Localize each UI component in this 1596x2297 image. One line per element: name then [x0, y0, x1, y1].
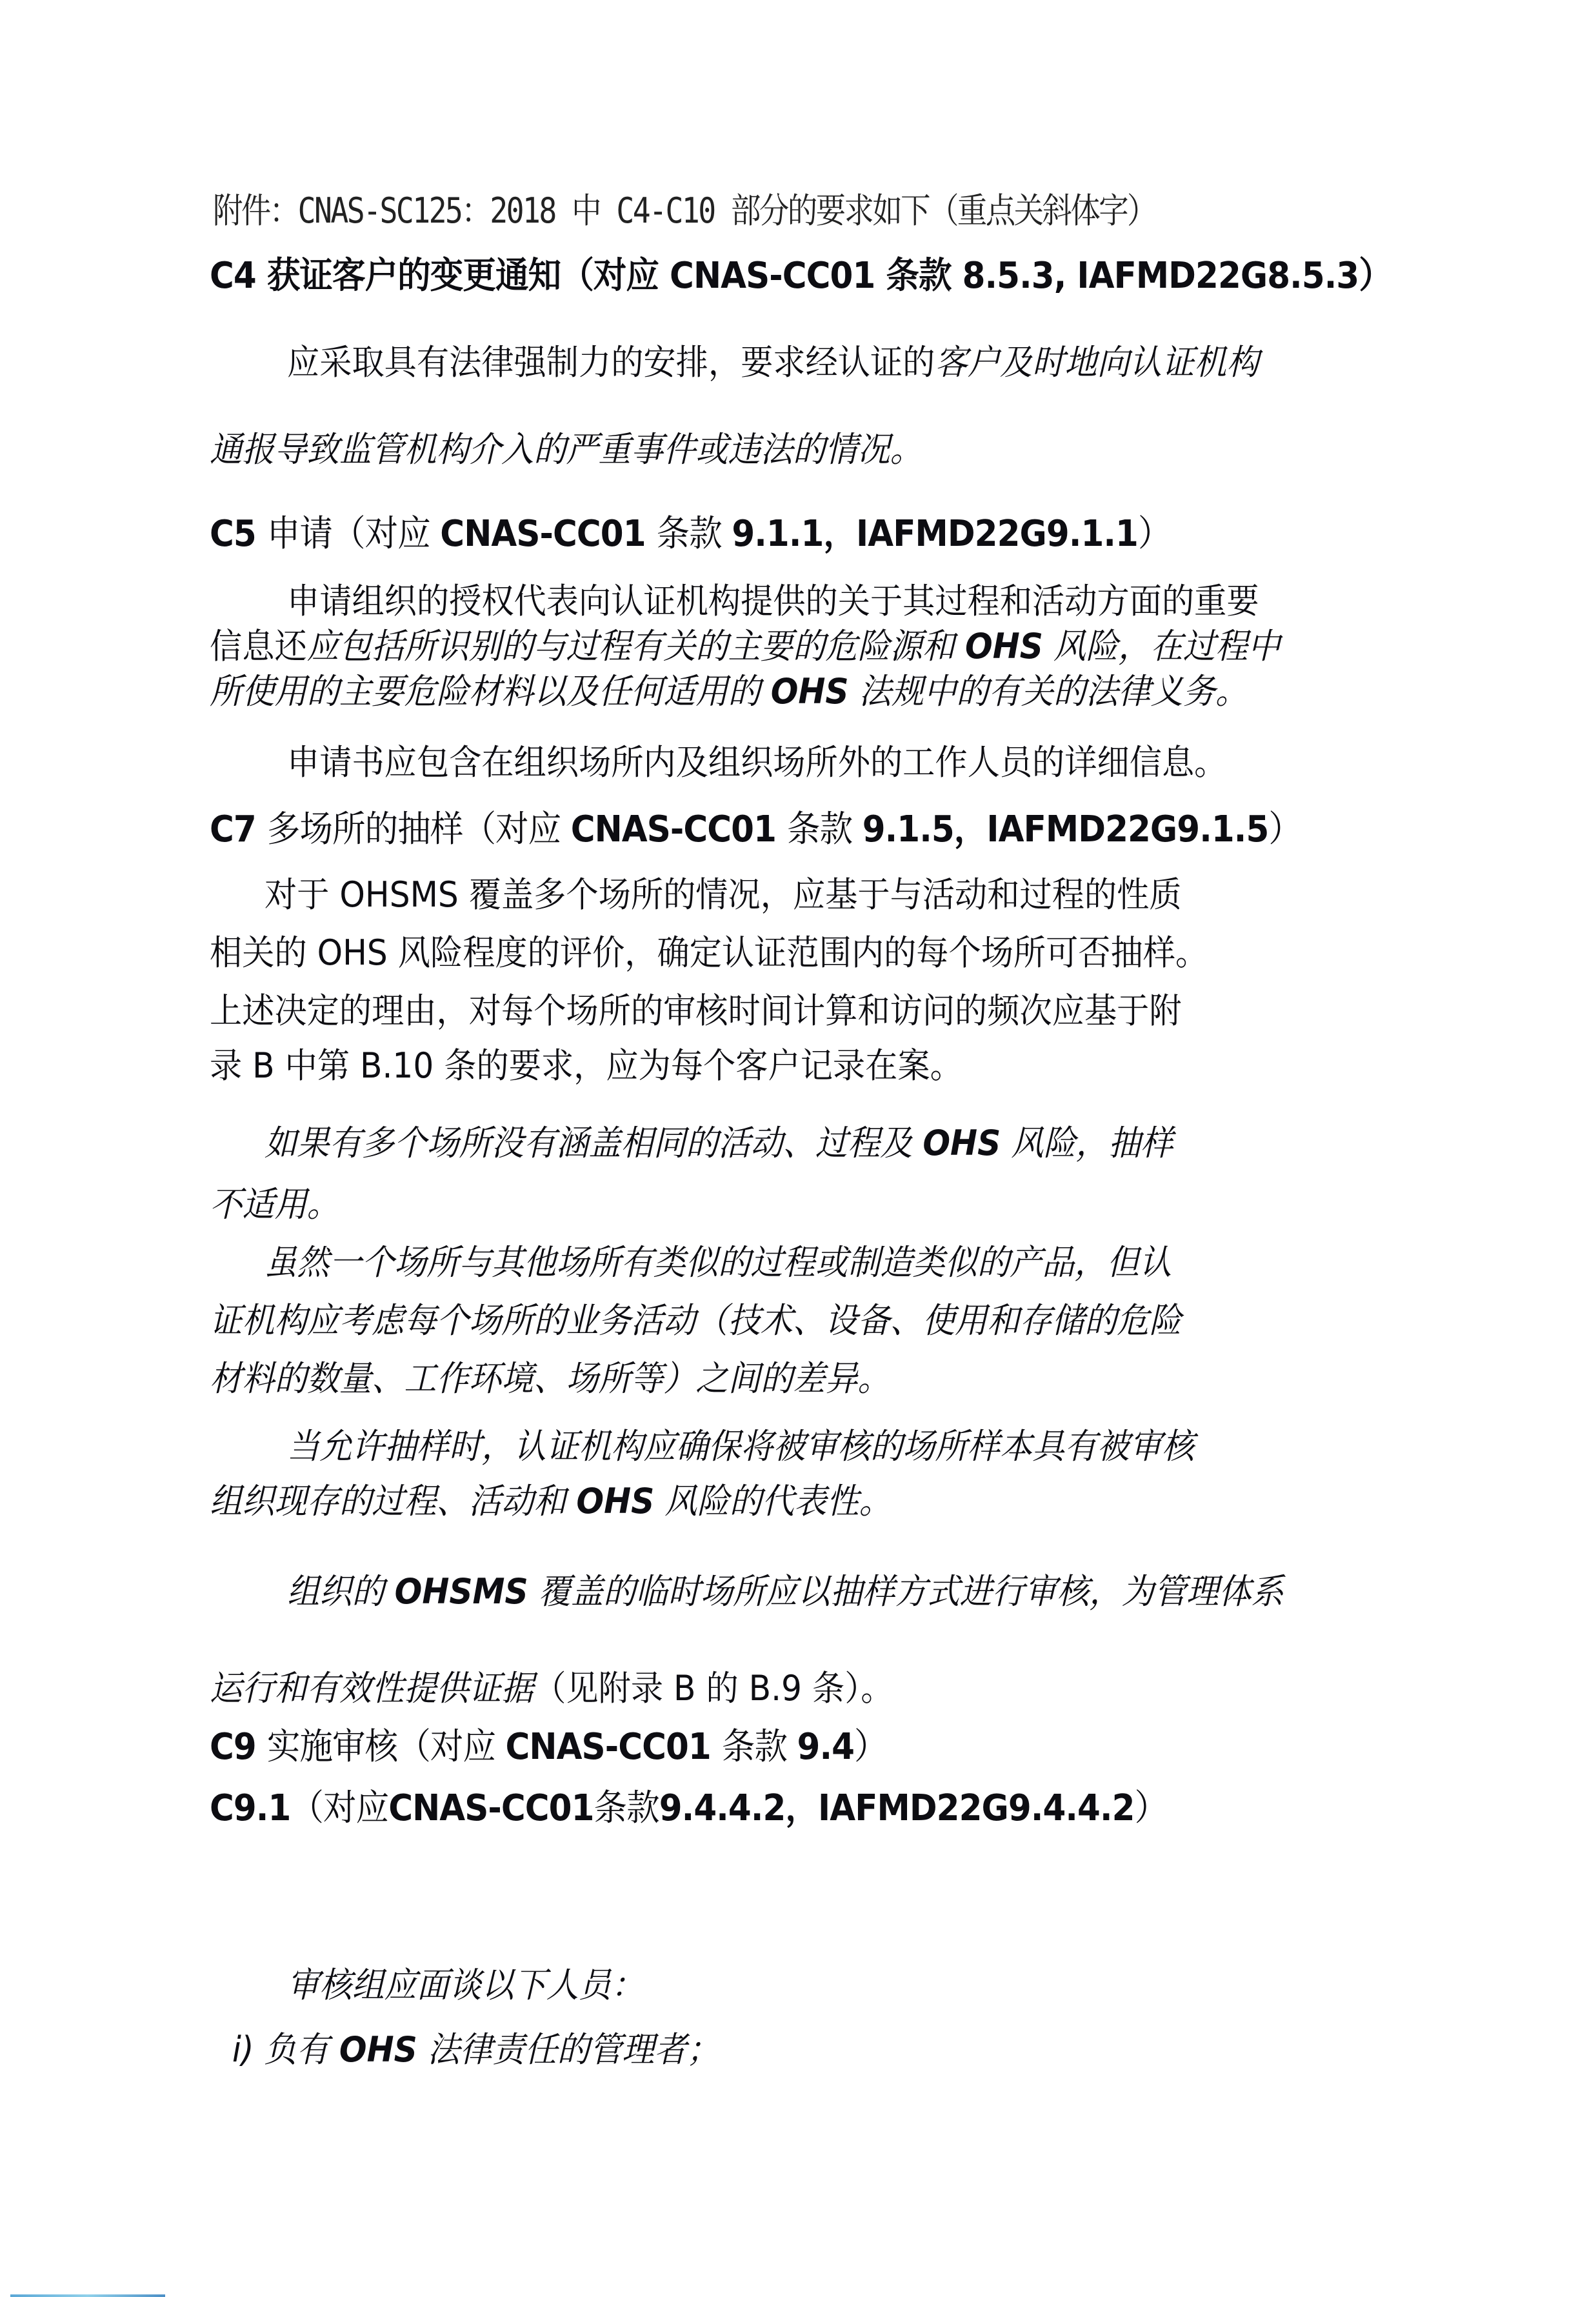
paragraph-line: 信息还应包括所识别的与过程有关的主要的危险源和 OHS 风险，在过程中 — [210, 629, 1280, 664]
text-run: C4 获证客户的变更通知（对应 CNAS-CC01 条款 8.5.3, IAFM… — [210, 255, 1392, 297]
paragraph-line: 组织现存的过程、活动和 OHS 风险的代表性。 — [210, 1484, 892, 1519]
text-run: i) 负有 — [232, 2029, 339, 2070]
text-run: 9.4.4.2，IAFMD22G9.4.4.2 — [659, 1787, 1135, 1829]
paragraph-line: 不适用。 — [210, 1187, 339, 1222]
paragraph-line: 录 B 中第 B.10 条的要求，应为每个客户记录在案。 — [210, 1048, 963, 1083]
section-heading: C9 实施审核（对应 CNAS-CC01 条款 9.4） — [210, 1729, 887, 1765]
text-run: 虽然一个场所与其他场所有类似的过程或制造类似的产品，但认 — [264, 1242, 1172, 1283]
text-run: 申请书应包含在组织场所内及组织场所外的工作人员的详细信息。 — [287, 742, 1226, 783]
text-run: 客户及时地向认证机构 — [935, 342, 1259, 383]
text-run: 上述决定的理由，对每个场所的审核时间计算和访问的频次应基于附 — [210, 990, 1182, 1031]
text-run: 风险的代表性。 — [654, 1481, 892, 1521]
text-run: C9.1 — [210, 1787, 290, 1829]
paragraph-line: 通报导致监管机构介入的严重事件或违法的情况。 — [210, 432, 923, 467]
text-run: 对于 OHSMS 覆盖多个场所的情况，应基于与活动和过程的性质 — [264, 874, 1182, 915]
text-run: ） — [854, 1726, 887, 1768]
text-run: （见附录 B 的 B.9 条）。 — [534, 1668, 893, 1709]
text-run: 组织的 — [287, 1571, 395, 1612]
text-run: 申请组织的授权代表向认证机构提供的关于其过程和活动方面的重要 — [287, 581, 1259, 621]
text-run: 当允许抽样时，认证机构应确保将被审核的场所样本具有被审核 — [287, 1426, 1194, 1467]
text-run: OHSMS — [395, 1571, 528, 1612]
text-run: ） — [1268, 808, 1301, 850]
text-run: OHS — [771, 671, 849, 712]
paragraph-line: i) 负有 OHS 法律责任的管理者； — [232, 2032, 719, 2067]
text-run: 法规中的有关的法律义务。 — [849, 671, 1248, 712]
paragraph-line: 申请组织的授权代表向认证机构提供的关于其过程和活动方面的重要 — [287, 584, 1259, 619]
text-run: （对应 — [290, 1787, 388, 1829]
text-run: 所使用的主要危险材料以及任何适用的 — [210, 671, 771, 712]
paragraph-line: 材料的数量、工作环境、场所等）之间的差异。 — [210, 1361, 890, 1396]
text-run: C7 — [210, 808, 267, 850]
text-run: 附件：CNAS-SC125：2018 中 C4-C10 部分的要求如下（重点关斜… — [213, 190, 1155, 231]
text-run: CNAS-CC01 — [388, 1787, 594, 1829]
text-run: 如果有多个场所没有涵盖相同的活动、过程及 — [264, 1123, 923, 1163]
text-run: 9.1.1，IAFMD22G9.1.1 — [732, 513, 1138, 555]
paragraph-line: 审核组应面谈以下人员： — [287, 1968, 643, 2003]
text-run: 条款 — [594, 1787, 659, 1829]
text-run: 条款 — [722, 1726, 797, 1768]
text-run: ） — [1135, 1787, 1168, 1829]
text-run: ） — [1138, 513, 1171, 555]
text-run: 不适用。 — [210, 1184, 339, 1225]
text-run: 覆盖的临时场所应以抽样方式进行审核，为管理体系 — [528, 1571, 1284, 1612]
text-run: 实施审核（对应 — [267, 1726, 506, 1768]
text-run: OHS — [965, 626, 1043, 667]
text-run: 应包括所识别的与过程有关的主要的危险源和 — [307, 626, 965, 667]
paragraph-line: 虽然一个场所与其他场所有类似的过程或制造类似的产品，但认 — [264, 1245, 1172, 1280]
scan-edge-bar — [10, 2294, 165, 2297]
paragraph-line: 组织的 OHSMS 覆盖的临时场所应以抽样方式进行审核，为管理体系 — [287, 1574, 1284, 1609]
section-heading: C4 获证客户的变更通知（对应 CNAS-CC01 条款 8.5.3, IAFM… — [210, 258, 1392, 294]
text-run: 法律责任的管理者； — [417, 2029, 719, 2070]
text-run: 条款 — [787, 808, 863, 850]
text-run: 9.4 — [797, 1726, 855, 1768]
text-run: 风险，在过程中 — [1043, 626, 1281, 667]
text-run: 应采取具有法律强制力的安排，要求经认证的 — [287, 342, 935, 383]
text-run: 风险，抽样 — [1001, 1123, 1173, 1163]
section-heading: C7 多场所的抽样（对应 CNAS-CC01 条款 9.1.5，IAFMD22G… — [210, 812, 1301, 848]
text-run: 申请（对应 — [267, 513, 440, 555]
paragraph-line: 如果有多个场所没有涵盖相同的活动、过程及 OHS 风险，抽样 — [264, 1126, 1173, 1161]
document-title: 附件：CNAS-SC125：2018 中 C4-C10 部分的要求如下（重点关斜… — [213, 194, 1155, 228]
text-run: OHS — [339, 2029, 417, 2070]
text-run: 条款 — [657, 513, 732, 555]
text-run: 证机构应考虑每个场所的业务活动（技术、设备、使用和存储的危险 — [210, 1300, 1182, 1341]
text-run: 运行和有效性提供证据 — [210, 1668, 534, 1709]
paragraph-line: 应采取具有法律强制力的安排，要求经认证的客户及时地向认证机构 — [287, 345, 1259, 380]
text-run: C5 — [210, 513, 267, 555]
text-run: 组织现存的过程、活动和 — [210, 1481, 576, 1521]
section-heading: C5 申请（对应 CNAS-CC01 条款 9.1.1，IAFMD22G9.1.… — [210, 516, 1171, 552]
paragraph-line: 上述决定的理由，对每个场所的审核时间计算和访问的频次应基于附 — [210, 994, 1182, 1028]
text-run: 多场所的抽样（对应 — [267, 808, 571, 850]
paragraph-line: 证机构应考虑每个场所的业务活动（技术、设备、使用和存储的危险 — [210, 1303, 1182, 1338]
text-run: 材料的数量、工作环境、场所等）之间的差异。 — [210, 1358, 890, 1399]
text-run: CNAS-CC01 — [571, 808, 787, 850]
paragraph-line: 所使用的主要危险材料以及任何适用的 OHS 法规中的有关的法律义务。 — [210, 674, 1248, 709]
paragraph-line: 当允许抽样时，认证机构应确保将被审核的场所样本具有被审核 — [287, 1429, 1194, 1464]
text-run: CNAS-CC01 — [440, 513, 656, 555]
section-heading: C9.1（对应CNAS-CC01条款9.4.4.2，IAFMD22G9.4.4.… — [210, 1790, 1167, 1827]
text-run: OHS — [923, 1123, 1001, 1163]
paragraph-line: 对于 OHSMS 覆盖多个场所的情况，应基于与活动和过程的性质 — [264, 878, 1182, 912]
text-run: 信息还 — [210, 626, 307, 667]
paragraph-line: 相关的 OHS 风险程度的评价，确定认证范围内的每个场所可否抽样。 — [210, 936, 1208, 970]
paragraph-line: 运行和有效性提供证据（见附录 B 的 B.9 条）。 — [210, 1671, 893, 1706]
text-run: CNAS-CC01 — [506, 1726, 722, 1768]
text-run: C9 — [210, 1726, 267, 1768]
paragraph-line: 申请书应包含在组织场所内及组织场所外的工作人员的详细信息。 — [287, 745, 1226, 780]
text-run: 相关的 OHS 风险程度的评价，确定认证范围内的每个场所可否抽样。 — [210, 932, 1208, 973]
text-run: 通报导致监管机构介入的严重事件或违法的情况。 — [210, 429, 923, 470]
text-run: 审核组应面谈以下人员： — [287, 1965, 643, 2005]
text-run: 录 B 中第 B.10 条的要求，应为每个客户记录在案。 — [210, 1045, 963, 1086]
text-run: OHS — [576, 1481, 654, 1521]
text-run: 9.1.5，IAFMD22G9.1.5 — [863, 808, 1269, 850]
